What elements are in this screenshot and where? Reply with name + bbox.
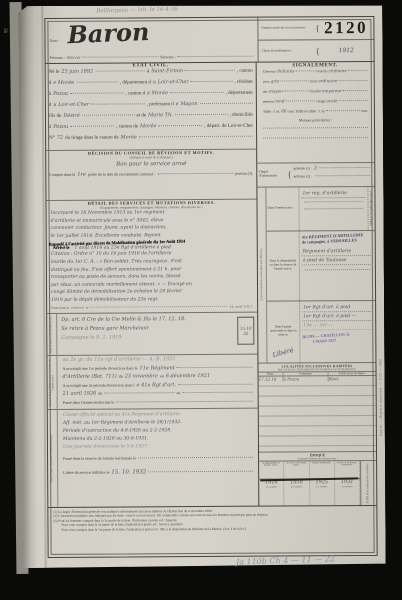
print-fragment: , profession d — [147, 102, 174, 107]
nom-label: Nom : — [49, 39, 59, 43]
leader-line — [104, 393, 174, 394]
cell-commune: à Pezou — [284, 376, 329, 381]
field-value: moyenne — [322, 88, 341, 93]
territorial-reserve-section: Dans l'armée territoriale et dans sa rés… — [48, 408, 259, 507]
field-value: ordinaire — [318, 78, 338, 83]
leader-line — [182, 392, 252, 393]
field-label: bouche — [311, 89, 321, 93]
field-label: menton — [263, 100, 274, 104]
surnoms-label: Surnoms : — [160, 55, 176, 59]
leader-line — [82, 56, 158, 57]
leader-line — [305, 269, 370, 270]
leader-line — [280, 80, 309, 81]
epoques-year-row: 19161er octobre 19181er octobre 19251er … — [259, 478, 360, 506]
decision-section: DÉCISION DU CONSEIL DE RÉVISION ET MOTIF… — [46, 150, 256, 201]
field-label: nez — [263, 90, 268, 94]
handwriting: u Loir-et-Cher — [53, 102, 89, 108]
year-subtext: 1er octobre — [259, 485, 283, 488]
leader-line — [263, 137, 368, 139]
print-fragment: Passé dans l'armée territoriale le — [63, 400, 115, 405]
corps-number-vertical-note: (Indiquer le numéro des corps.) — [370, 190, 373, 225]
handwriting: 14 avril 1917. — [229, 304, 253, 308]
leader-line — [339, 80, 368, 81]
disponibilite-box: Dans la disponibilité ou dans la réserve… — [267, 231, 375, 302]
handwriting: d'Artillerie (Bat. 711) — [63, 374, 117, 380]
taille-value: 66 — [281, 108, 286, 113]
demobilization-lines: Dp. art. 6 Cre de la Cie Melle & fils le… — [57, 313, 257, 355]
leader-line — [295, 70, 315, 71]
field-value: moyen — [269, 89, 283, 94]
handwriting: e Morée — [147, 90, 168, 96]
header-number-cells: Numéro matricule du recrutement : { 2120… — [258, 17, 373, 62]
handwriting-line: Campagne le 9. 1. 1919 — [61, 333, 239, 343]
photo-background: 36 Baillargeau — inh. le 16-4-36 Nom : B… — [0, 0, 402, 600]
leader-line — [116, 401, 252, 403]
print-fragment: A accompli une 2e période d'exercices da… — [63, 382, 135, 387]
handwriting: Morée — [121, 134, 137, 140]
corps-number-strip: (Indiquer le numéro des corps.) — [367, 187, 374, 230]
classe-cell: Classe de mobilisation : { 1912 — [258, 39, 373, 62]
handwriting: u Loir-et-Cher — [153, 79, 189, 85]
form-header: Nom : Baron Prénoms : Marcel Surnoms : N… — [45, 17, 373, 64]
leader-line — [191, 81, 233, 82]
demobilization-section: Dans la réserve de l'armée active. Dp. a… — [47, 313, 257, 356]
leader-line — [304, 201, 362, 202]
epoque-year-cell: 19161er octobre — [259, 479, 284, 506]
epoque-year-cell: 19311er octobre — [335, 479, 360, 506]
left-column: ÉTAT CIVIL. Né le25 juin 1892àSaint-Firm… — [46, 63, 260, 507]
print-fragment: , département — [226, 91, 253, 96]
leader-line — [95, 70, 145, 71]
header-name-cell: Nom : Baron Prénoms : Marcel Surnoms : — [45, 18, 258, 63]
prenoms-value: Marcel — [67, 55, 81, 60]
vertical-label-strip: Dans la réserve de l'armée active. — [47, 314, 57, 355]
degre-militaire-label: militaire (2) : — [294, 175, 312, 179]
cell-subdivision: Blois — [329, 376, 376, 381]
print-fragment: Passé dans la réserve de l'armée territo… — [63, 455, 136, 460]
versailles-stamp-line2: de campagne, à VERSAILLES — [302, 237, 373, 246]
year-subtext: 1er octobre — [284, 485, 308, 488]
leader-line — [148, 470, 253, 472]
field-value: gris — [271, 79, 279, 84]
corps-boxes: Dans l'armée active. 1er rég. d'artiller… — [266, 187, 375, 363]
margin-imprint-vertical: Guerre. — Registre matricule. — 2-23 — 1… — [378, 359, 382, 436]
field-label: sourcils — [316, 69, 327, 73]
print-fragment: du tirage dans le canton de — [65, 136, 118, 141]
unit-handwriting: 1er rég. d'artillerie — [301, 189, 365, 198]
field-value: ovale — [326, 98, 337, 103]
radiation-date-column: DATE de la radiation des contrôles. — [360, 461, 376, 505]
print-fragment: Né le — [49, 70, 60, 75]
epoques-body: la disponibilité de l'armée active. la r… — [259, 460, 376, 506]
print-fragment: au — [160, 373, 164, 378]
unit-handwriting: à pied de Toulouse — [302, 256, 373, 265]
epoque-col-header: la réserve de l'armée territoriale. — [335, 461, 360, 478]
handwriting: e Maçon — [176, 101, 198, 107]
print-fragment: N° — [49, 136, 55, 141]
decision-subtitle: (Indiquer le motif de la dispense.) — [46, 155, 256, 160]
print-fragment: Libéré du service militaire le — [63, 469, 109, 474]
libere-date: 15. 10. 1932 — [111, 469, 146, 475]
footnote: Pour ceux compris dans la 1re partie de … — [53, 526, 371, 532]
signalement-section: SIGNALEMENT. Cheveuxchâtainssourcilschât… — [257, 62, 375, 164]
print-fragment: , canton de — [116, 124, 138, 129]
radiation-date-label: DATE de la radiation des contrôles. — [367, 463, 370, 503]
vertical-label: Dans la disponibilité et dans la réserve… — [49, 356, 55, 409]
pencil-annotation-top: Baillargeau — inh. le 16-4-36 — [96, 6, 178, 14]
matricule-form: Nom : Baron Prénoms : Marcel Surnoms : N… — [44, 16, 377, 558]
unit-handwriting: 13e — 1er — — [302, 321, 373, 330]
leader-line — [263, 127, 368, 129]
handwriting: 1re — [77, 172, 86, 178]
print-fragment: fils de — [49, 114, 61, 119]
leader-line — [342, 90, 368, 91]
instruction-degree-section: Degré d'instruction { générale (1) :3 mi… — [257, 163, 374, 187]
handwriting: Saint-Firmin — [151, 68, 183, 74]
leader-line — [338, 100, 367, 101]
leader-line — [284, 90, 310, 91]
leader-line — [177, 366, 253, 367]
nom-value: Baron — [67, 17, 150, 49]
print-fragment: , domiciliés — [230, 113, 253, 118]
handwriting: 11e Régiment — [140, 365, 175, 371]
handwriting: Morée — [140, 123, 156, 129]
epoques-table: ÉPOQUE à laquelle l'homme devra passer d… — [259, 452, 376, 506]
print-fragment: , départ. de Loir-et-Cher — [204, 124, 253, 129]
services-section: DÉTAIL DES SERVICES ET MUTATIONS DIVERSE… — [46, 200, 257, 315]
handwriting: Désiré — [63, 113, 80, 119]
leader-line — [70, 92, 124, 93]
leader-line — [316, 175, 373, 176]
print-fragment: le — [86, 305, 88, 309]
handwriting: e 41e Rgt d'art. — [137, 382, 177, 388]
classe-value: 1912 — [322, 47, 371, 54]
box-content: 1er rég. d'artillerie — [299, 187, 367, 230]
print-fragment: , canton — [237, 69, 253, 74]
box-content: Libéré 1er Rgt d'art. à pied 1er Rgt d'a… — [300, 301, 375, 362]
leader-line — [91, 103, 144, 104]
unit-handwriting: 1er Rgt d'art. à pied — [302, 303, 373, 312]
leader-line — [76, 82, 118, 83]
matricule-label: Numéro matricule du recrutement : — [261, 26, 313, 30]
epoques-column-headers: la disponibilité de l'armée active. la r… — [259, 461, 360, 479]
leader-line — [157, 173, 233, 174]
handwriting: 72 — [57, 135, 63, 141]
cell-date: 17.12.18 — [259, 376, 284, 381]
print-fragment: au — [177, 391, 181, 396]
footnotes-box: (1) Le degré d'instruction générale sera… — [48, 505, 376, 557]
classe-label: Classe de mobilisation : — [262, 49, 314, 53]
brace-glyph: { — [316, 46, 320, 56]
leader-line — [82, 114, 135, 115]
archival-frame-number: 36 — [2, 28, 7, 33]
epoque-col-header: l'armée territoriale. — [310, 461, 335, 478]
year-subtext: 1er octobre — [310, 485, 334, 488]
corps-assignment-group: (Corps auxquels les jeunes gens sont aff… — [257, 187, 375, 364]
print-fragment: portion (3). — [235, 171, 253, 176]
handwriting: e Morée — [53, 80, 74, 86]
leader-line — [286, 100, 315, 101]
territorial-reserve-lines: Classé affecté spécial au 41e Régiment d… — [58, 408, 259, 507]
degre-general-value: 3 — [314, 166, 317, 172]
handwriting: au 2e gr. du 11e rgt d'artillerie — A. B… — [62, 356, 175, 363]
right-column: SIGNALEMENT. Cheveuxchâtainssourcilschât… — [257, 62, 377, 506]
leader-line — [305, 208, 363, 209]
leader-line — [178, 56, 254, 57]
print-fragment: , canton d — [126, 91, 146, 96]
side-stamp-box: 15.10 32 — [237, 317, 254, 345]
handwriting: réserve — [71, 305, 84, 309]
field-label: yeux — [263, 80, 270, 84]
field-label: Cheveux — [263, 70, 276, 74]
print-fragment: d — [49, 103, 52, 108]
print-fragment: du — [98, 391, 102, 396]
col-dates: Dates. — [259, 372, 284, 375]
leader-line — [199, 103, 252, 104]
prenoms-row: Prénoms : Marcel Surnoms : — [50, 54, 254, 60]
col-subdivisions: Subdivisions de région. — [329, 372, 376, 375]
leader-line — [170, 92, 224, 93]
print-fragment: , département d — [120, 80, 151, 85]
taille-label2: cent. Taille rectifiée : 1 m. — [288, 109, 326, 113]
epoque-year-cell: 19181er octobre — [284, 479, 309, 506]
print-fragment: à — [49, 125, 51, 130]
handwriting: 32 — [243, 331, 248, 336]
brace-glyph: { — [287, 170, 291, 180]
print-fragment: à — [147, 69, 149, 74]
print-fragment: A accompli une 1re période d'exercices d… — [62, 365, 137, 370]
print-fragment: Passé dans la — [51, 305, 69, 309]
unit-handwriting: Régiment d'artillerie — [302, 247, 373, 256]
epoque-col-header: la disponibilité de l'armée active. — [259, 461, 284, 478]
print-fragment: partie de la liste du recrutement canton… — [88, 172, 155, 177]
leader-line — [326, 110, 360, 111]
leader-line — [90, 305, 227, 307]
epoque-col-header: la réserve de l'armée active. — [284, 461, 309, 478]
taille-label3: cent. — [361, 109, 368, 113]
print-fragment: Compris dans la — [49, 172, 75, 177]
form-body: ÉTAT CIVIL. Né le25 juin 1892àSaint-Firm… — [46, 62, 377, 507]
leader-line — [348, 70, 368, 71]
corps-side-vertical-label: (Corps auxquels les jeunes gens sont aff… — [260, 249, 263, 301]
handwriting: 6 décembre 1921 — [166, 373, 210, 379]
field-label: visage — [316, 99, 325, 103]
epoques-main: la disponibilité de l'armée active. la r… — [259, 461, 360, 506]
localites-table: LOCALITÉS SUCCESSIVES HABITÉES PAR SUITE… — [258, 363, 376, 453]
handwriting: Pezou — [53, 124, 68, 130]
territoriale-box: Dans l'armée territoriale et dans sa rés… — [267, 301, 375, 363]
brace-glyph: { — [315, 23, 319, 33]
box-content: 41e RÉGIMENT D'ARTILLERIE de campagne, à… — [300, 231, 375, 300]
handwriting: 25 juin 1892 — [61, 69, 93, 75]
box-label: Dans la disponibilité ou dans la réserve… — [267, 231, 300, 300]
leader-line — [138, 456, 253, 458]
marques-label: Marques particulières : — [299, 118, 332, 122]
document-page: Baillargeau — inh. le 16-4-36 Nom : Baro… — [18, 4, 385, 568]
degre-general-label: générale (1) : — [294, 167, 312, 171]
epoque-year-cell: 19251er octobre — [310, 479, 335, 506]
year-subtext: 1er octobre — [335, 485, 359, 488]
matricule-cell: Numéro matricule du recrutement : { 2120 — [258, 17, 373, 40]
handwriting-line: Une journée d'exercices le 5-6-1927. — [60, 442, 256, 451]
leader-line — [178, 384, 253, 385]
leader-line — [70, 126, 114, 127]
leader-line — [139, 136, 253, 138]
vertical-label: Dans l'armée territoriale et dans sa rés… — [51, 434, 54, 482]
field-value: rond — [275, 98, 285, 103]
unit-handwriting: 1er Rgt d'art. à pied — — [302, 312, 373, 321]
field-label: front — [310, 79, 317, 83]
leader-line — [185, 70, 235, 71]
print-fragment: et de — [137, 113, 147, 118]
leader-line — [158, 125, 202, 126]
handwriting: Marie Th. — [148, 112, 173, 118]
exercise-periods-section: Dans la disponibilité et dans la réserve… — [47, 355, 257, 410]
decision-verdict: Bon pour le service armé — [46, 161, 256, 168]
handwriting: Pezou — [53, 91, 68, 97]
leader-line — [175, 114, 228, 115]
matricule-number: 2120 — [322, 18, 371, 38]
service-line: 1919 par le dépôt démobilisateur du 23e … — [47, 296, 257, 305]
vertical-label-strip: Dans l'armée territoriale et dans sa rés… — [48, 410, 59, 507]
handwriting: 23 novembre — [125, 373, 158, 379]
taille-label: Taille : 1 m. — [263, 110, 280, 114]
print-fragment: du — [119, 374, 123, 379]
handwriting-line: Classé affecté spécial au 41e Régiment d… — [60, 410, 256, 419]
handwriting: 21 avril 1926 — [63, 391, 97, 397]
table-row-empty — [259, 436, 376, 447]
col-communes: Communes. — [284, 372, 329, 375]
print-fragment: , résidant — [234, 80, 252, 85]
box-label: Dans l'armée active. — [266, 187, 299, 230]
armee-active-box: Dans l'armée active. 1er rég. d'artiller… — [266, 187, 374, 232]
field-value: châtains — [329, 68, 347, 73]
degre-label: Degré d'instruction — [259, 171, 285, 179]
print-fragment: d — [49, 81, 52, 86]
leader-line — [319, 167, 372, 168]
etat-civil-section: ÉTAT CIVIL. Né le25 juin 1892àSaint-Firm… — [46, 63, 257, 152]
vertical-label: Dans la réserve de l'armée active. — [50, 316, 53, 353]
vertical-label-strip: Dans la disponibilité et dans la réserve… — [47, 356, 57, 409]
degre-values: générale (1) :3 militaire (2) : — [294, 165, 373, 183]
exercise-periods-lines: au 2e gr. du 11e rgt d'artillerie — A. B… — [57, 355, 257, 409]
prenoms-label: Prénoms : — [50, 56, 65, 60]
print-fragment: à — [49, 92, 51, 97]
field-value: châtains — [276, 68, 294, 73]
